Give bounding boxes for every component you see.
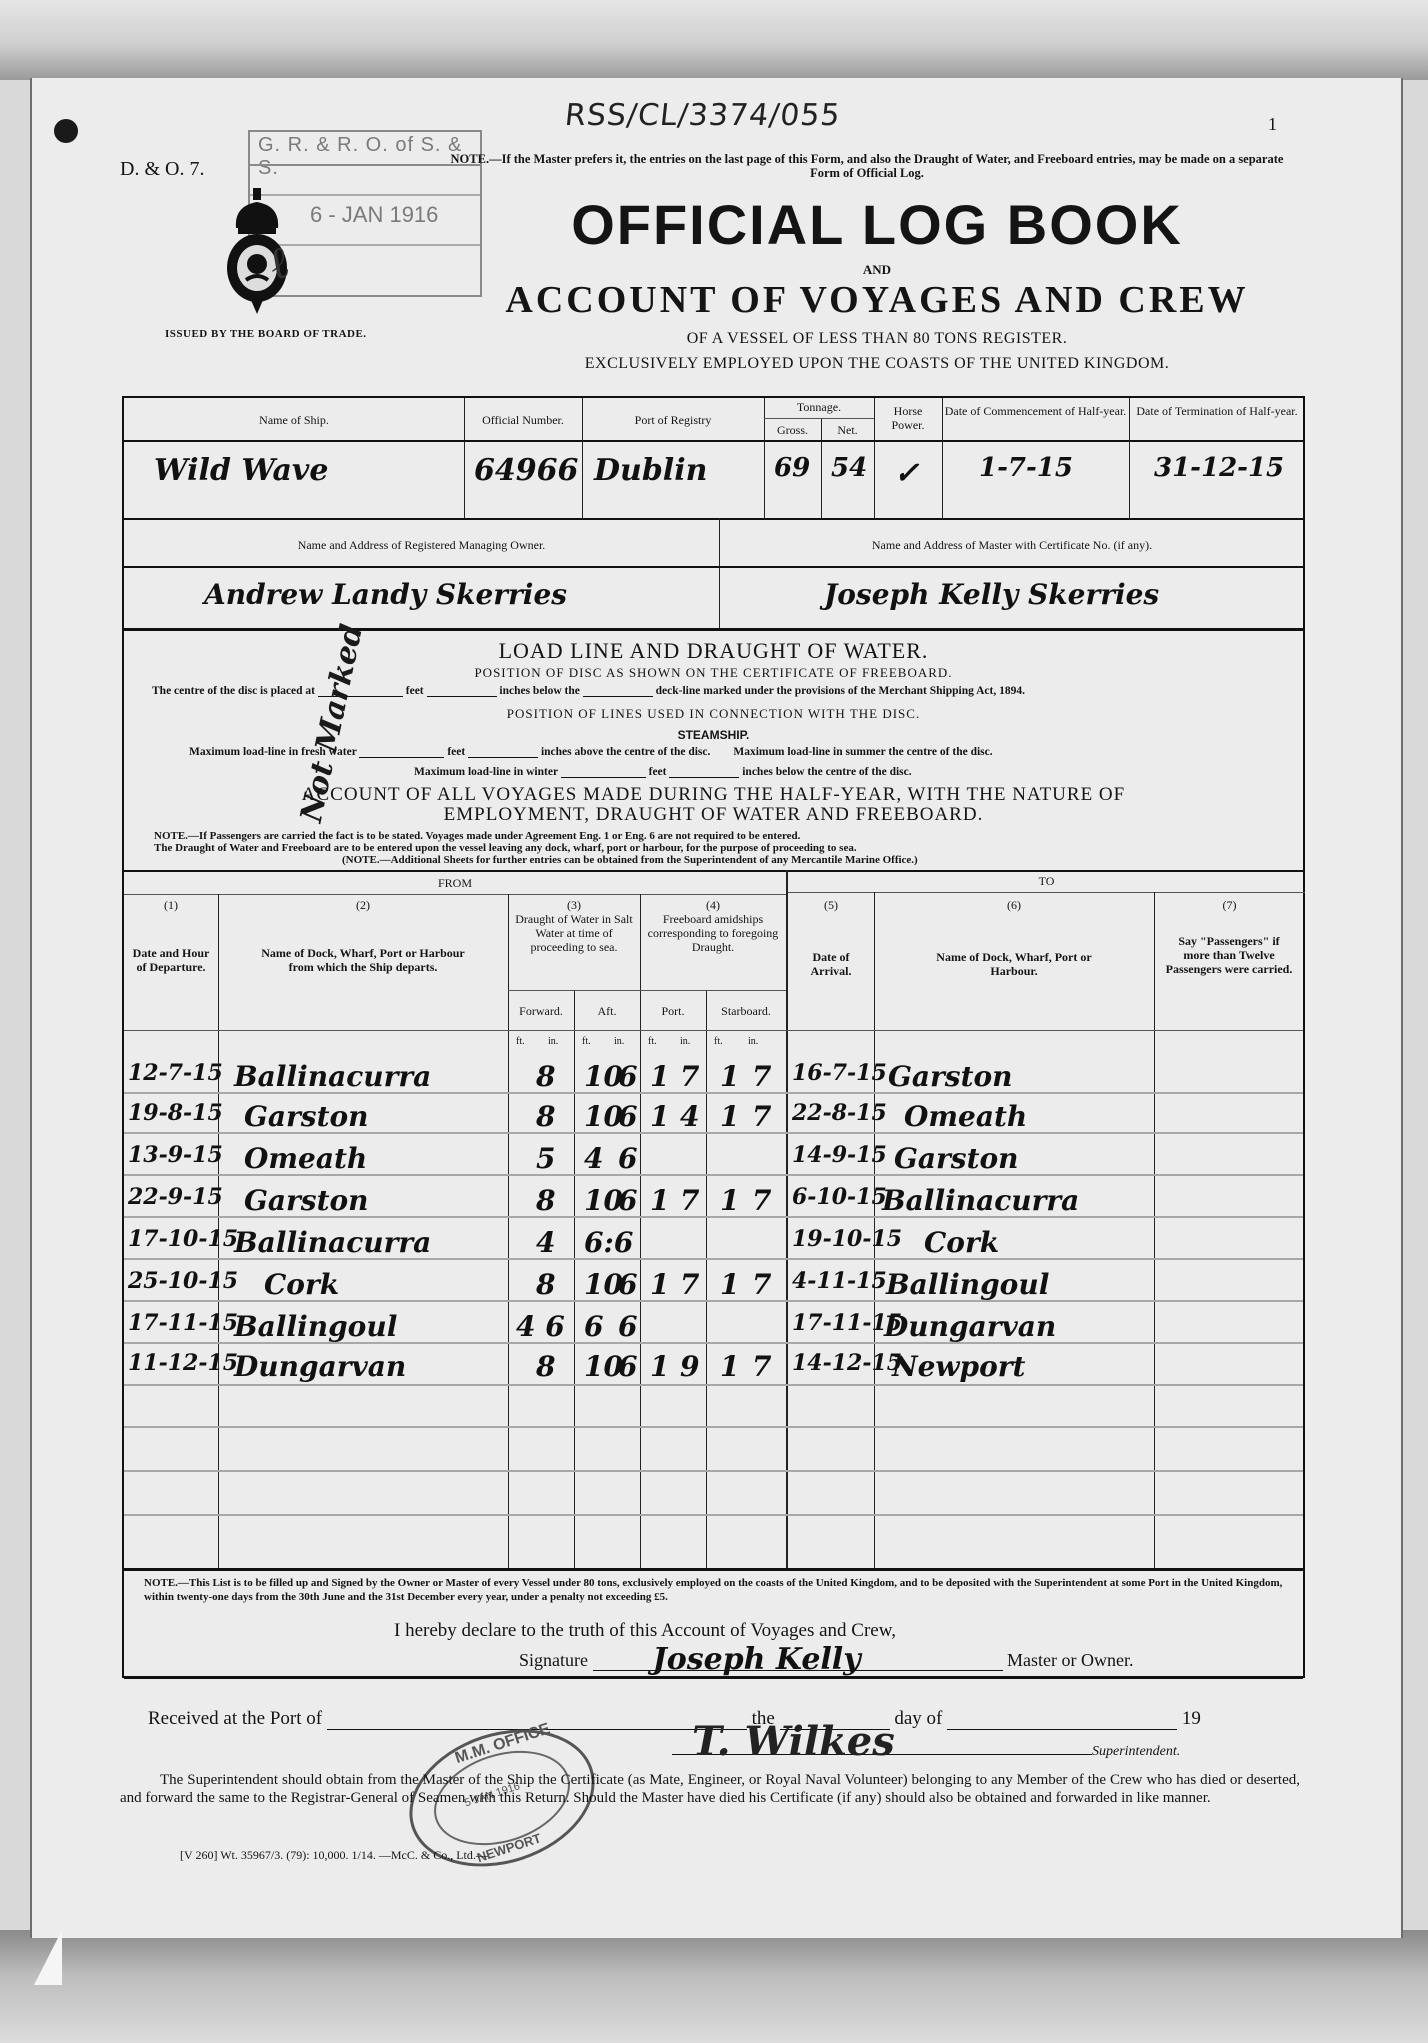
table-row: 11-12-15 Dungarvan 8 10 6 1 9 1 7 14-12-…	[124, 1348, 1303, 1384]
page-title: OFFICIAL LOG BOOK	[452, 192, 1302, 257]
declaration-text: I hereby declare to the truth of this Ac…	[394, 1620, 896, 1642]
form-code: D. & O. 7.	[120, 158, 204, 181]
col6-header: Name of Dock, Wharf, Port or Harbour.	[924, 950, 1104, 978]
disc-position-line: The centre of the disc is placed at feet…	[152, 685, 1025, 697]
issuer-label: ISSUED BY THE BOARD OF TRADE.	[165, 328, 367, 340]
horse-power-check-icon: ✓	[894, 456, 919, 491]
label-ship-name: Name of Ship.	[124, 413, 464, 427]
label-net: Net.	[821, 423, 874, 437]
voyages-note-3: (NOTE.—Additional Sheets for further ent…	[342, 854, 918, 866]
footer-note: NOTE.—This List is to be filled up and S…	[144, 1576, 1294, 1604]
log-form: Name of Ship. Official Number. Port of R…	[122, 396, 1305, 1678]
scan-shadow-top	[0, 0, 1428, 80]
col5-num: (5)	[788, 898, 874, 912]
subheader-port: Port.	[640, 1004, 706, 1018]
table-row: 12-7-15 Ballinacurra 8 10 6 1 7 1 7 16-7…	[124, 1058, 1303, 1094]
label-commencement: Date of Commencement of Half-year.	[942, 404, 1129, 418]
group-from: FROM	[124, 876, 786, 890]
group-to: TO	[788, 874, 1305, 888]
commencement-date-value: 1-7-15	[979, 453, 1073, 483]
disc-heading: POSITION OF DISC AS SHOWN ON THE CERTIFI…	[124, 665, 1303, 681]
master-signature: Joseph Kelly	[653, 1642, 861, 1677]
port-registry-value: Dublin	[594, 453, 707, 488]
load-line-title: LOAD LINE AND DRAUGHT OF WATER.	[124, 638, 1303, 664]
steamship-label: STEAMSHIP.	[124, 728, 1303, 742]
col1-num: (1)	[124, 898, 218, 912]
label-official-number: Official Number.	[464, 413, 582, 427]
label-horse-power: Horse Power.	[876, 404, 940, 432]
subheader-aft: Aft.	[574, 1004, 640, 1018]
voyages-title-2: EMPLOYMENT, DRAUGHT OF WATER AND FREEBOA…	[124, 804, 1303, 826]
col3-num: (3)	[508, 898, 640, 912]
lines-heading: POSITION OF LINES USED IN CONNECTION WIT…	[124, 706, 1303, 722]
ship-name-value: Wild Wave	[154, 453, 328, 488]
superintendent-signature: T. Wilkes	[692, 1718, 895, 1765]
label-gross: Gross.	[764, 423, 821, 437]
master-value: Joseph Kelly Skerries	[824, 578, 1159, 611]
col1-header: Date and Hour of Departure.	[128, 946, 214, 974]
page-subtitle: ACCOUNT OF VOYAGES AND CREW	[442, 278, 1312, 322]
table-row: 22-9-15 Garston 8 10 6 1 7 1 7 6-10-15 B…	[124, 1182, 1303, 1218]
scan-shadow-bottom	[0, 1930, 1428, 2043]
header-note: NOTE.—If the Master prefers it, the entr…	[442, 152, 1292, 180]
col2-header: Name of Dock, Wharf, Port or Harbour fro…	[258, 946, 468, 974]
voyages-note-1: NOTE.—If Passengers are carried the fact…	[154, 830, 800, 842]
official-number-value: 64966	[474, 453, 578, 488]
col2-num: (2)	[218, 898, 508, 912]
subtitle-vessel-class: OF A VESSEL OF LESS THAN 80 TONS REGISTE…	[452, 330, 1302, 348]
print-code: [V 260] Wt. 35967/3. (79): 10,000. 1/14.…	[180, 1848, 488, 1863]
col6-num: (6)	[874, 898, 1154, 912]
label-owner: Name and Address of Registered Managing …	[124, 538, 719, 552]
subheader-starboard: Starboard.	[706, 1004, 786, 1018]
net-tonnage-value: 54	[831, 453, 867, 483]
col4-num: (4)	[640, 898, 786, 912]
page-number: 1	[1268, 114, 1277, 135]
label-termination: Date of Termination of Half-year.	[1129, 404, 1305, 418]
torn-corner	[34, 1930, 62, 1985]
table-row: 19-8-15 Garston 8 10 6 1 4 1 7 22-8-15 O…	[124, 1098, 1303, 1134]
col3-header: Draught of Water in Salt Water at time o…	[512, 912, 636, 954]
voyages-note-2: The Draught of Water and Freeboard are t…	[154, 842, 857, 854]
col7-header: Say "Passengers" if more than Twelve Pas…	[1164, 934, 1294, 976]
signature-line: Signature Joseph Kelly Master or Owner.	[519, 1650, 1299, 1671]
stamp-date: 6 - JAN 1916	[310, 202, 438, 228]
voyages-title-1: ACCOUNT OF ALL VOYAGES MADE DURING THE H…	[124, 784, 1303, 806]
col7-num: (7)	[1154, 898, 1305, 912]
gross-tonnage-value: 69	[774, 453, 810, 483]
table-row: 17-11-15 Ballingoul 4 6 6 6 17-11-15 Dun…	[124, 1308, 1303, 1344]
subtitle-coastal: EXCLUSIVELY EMPLOYED UPON THE COASTS OF …	[452, 355, 1302, 373]
col4-header: Freeboard amidships corresponding to for…	[644, 912, 782, 954]
superintendent-label: Superintendent.	[1092, 1744, 1180, 1760]
owner-value: Andrew Landy Skerries	[204, 578, 567, 611]
label-master: Name and Address of Master with Certific…	[719, 538, 1305, 552]
superintendent-instructions: The Superintendent should obtain from th…	[120, 1771, 1300, 1807]
table-row: 17-10-15 Ballinacurra 4 6:6 19-10-15 Cor…	[124, 1224, 1303, 1260]
winter-line: Maximum load-line in winter feet inches …	[414, 766, 912, 778]
document-page: RSS/CL/3374/055 1 D. & O. 7. G. R. & R. …	[30, 78, 1403, 1938]
termination-date-value: 31-12-15	[1154, 453, 1284, 483]
label-tonnage: Tonnage.	[764, 400, 874, 414]
table-row: 13-9-15 Omeath 5 4 6 14-9-15 Garston	[124, 1140, 1303, 1176]
punch-hole	[54, 119, 78, 143]
archive-reference: RSS/CL/3374/055	[563, 98, 842, 133]
table-row: 25-10-15 Cork 8 10 6 1 7 1 7 4-11-15 Bal…	[124, 1266, 1303, 1302]
label-port-registry: Port of Registry	[582, 413, 764, 427]
title-and: AND	[452, 262, 1302, 278]
col5-header: Date of Arrival.	[794, 950, 868, 978]
subheader-forward: Forward.	[508, 1004, 574, 1018]
